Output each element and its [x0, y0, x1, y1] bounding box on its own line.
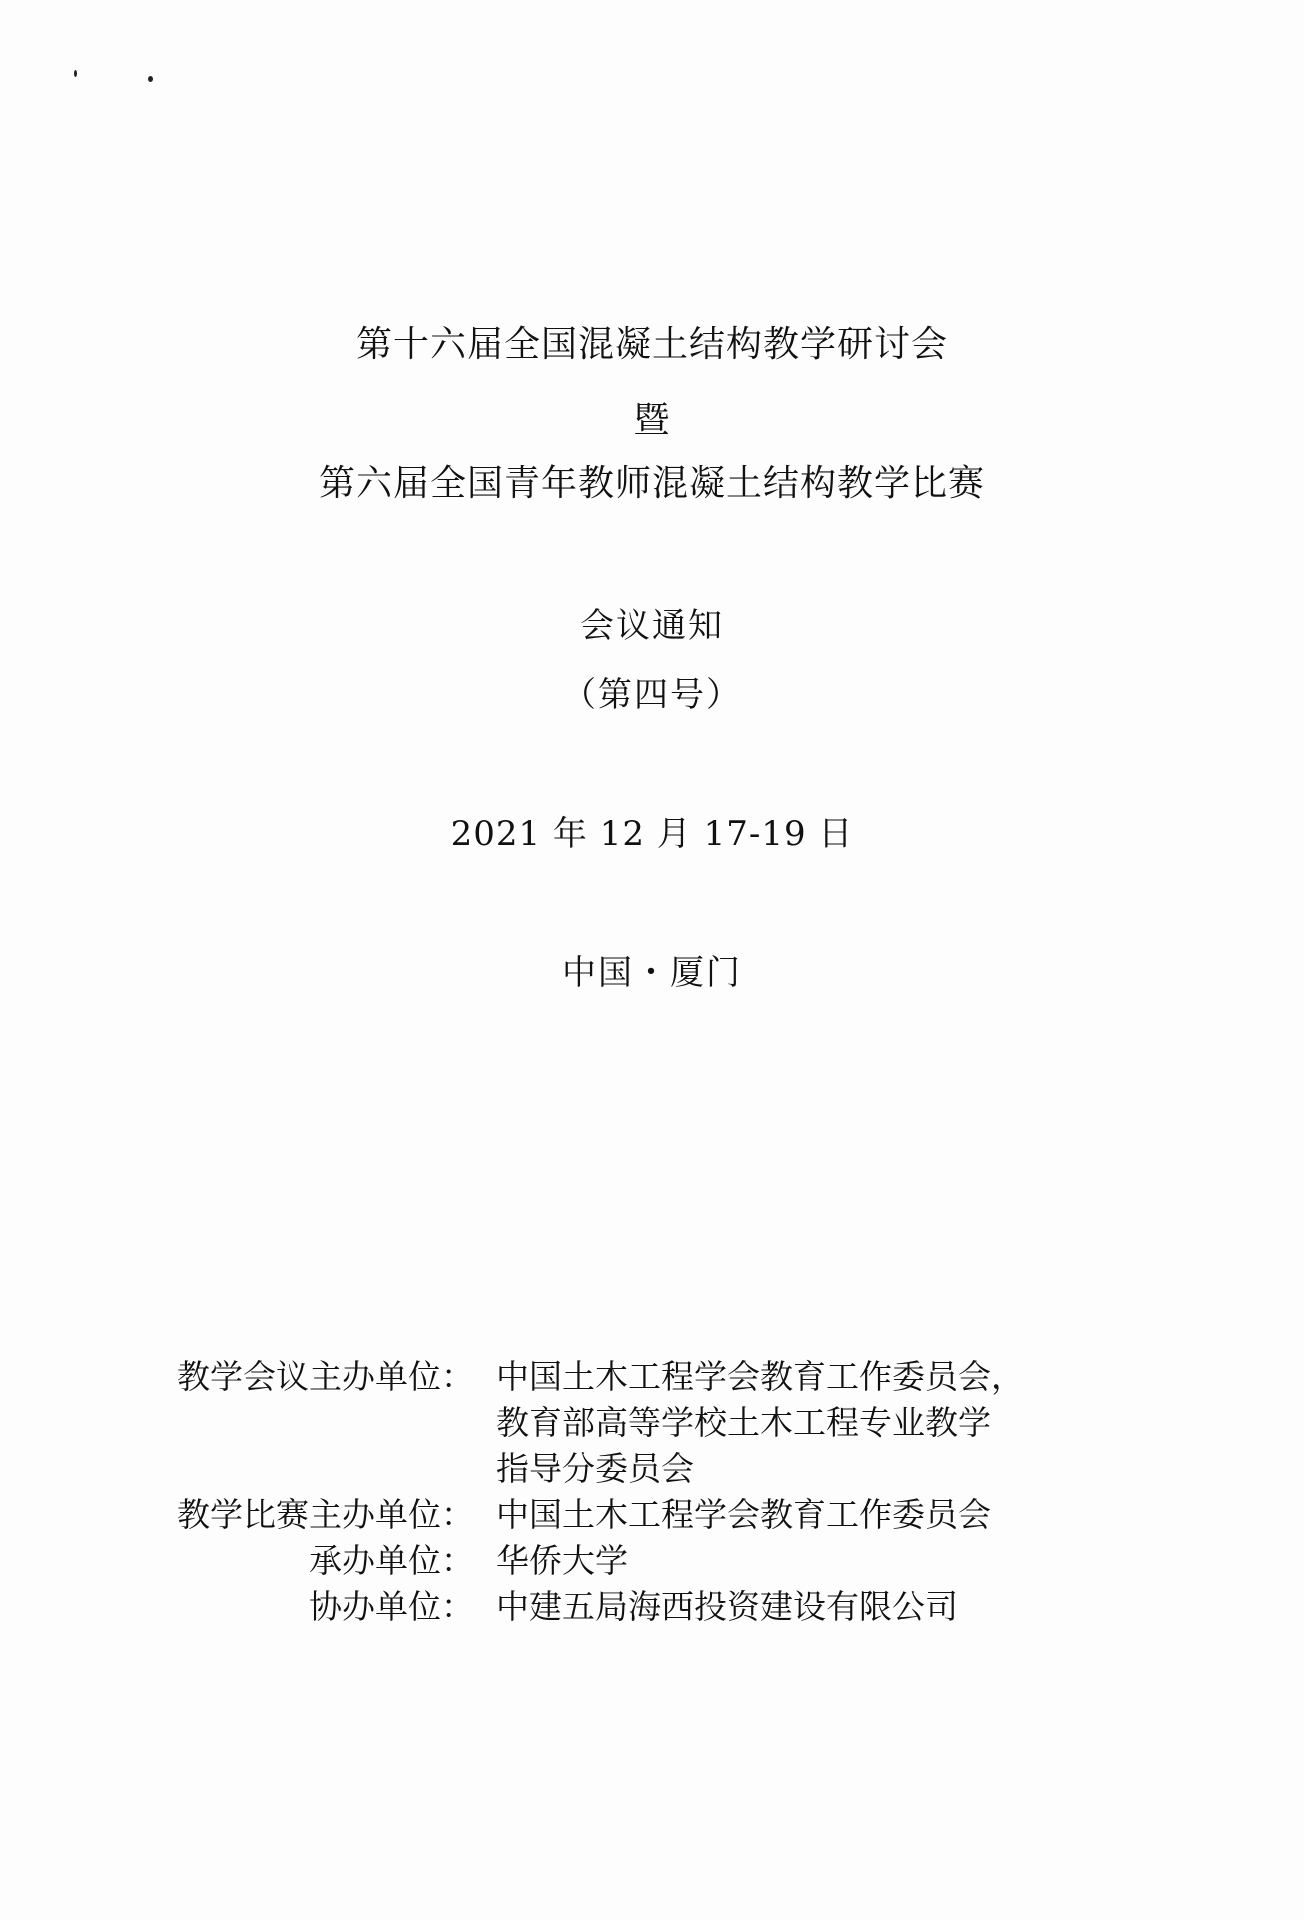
org-value: 指导分委员会 — [496, 1446, 694, 1492]
title-line-1: 第十六届全国混凝土结构教学研讨会 — [0, 316, 1304, 367]
org-value: 中国土木工程学会教育工作委员会 — [496, 1492, 991, 1538]
notice-number: （第四号） — [0, 667, 1304, 716]
org-value: 中建五局海西投资建设有限公司 — [496, 1584, 958, 1630]
title-line-2: 第六届全国青年教师混凝土结构教学比赛 — [0, 455, 1304, 506]
scan-speck — [148, 76, 153, 82]
org-label: 承办单位： — [309, 1538, 474, 1584]
notice-title: 会议通知 — [0, 598, 1304, 647]
org-value: 中国土木工程学会教育工作委员会， — [496, 1354, 1024, 1400]
meeting-date: 2021 年 12 月 17-19 日 — [0, 806, 1304, 855]
org-value: 教育部高等学校土木工程专业教学 — [496, 1400, 991, 1446]
meeting-location: 中国・厦门 — [0, 945, 1304, 994]
org-label: 教学会议主办单位： — [177, 1354, 474, 1400]
scan-speck — [74, 70, 77, 77]
org-value: 华侨大学 — [496, 1538, 628, 1584]
org-label: 教学比赛主办单位： — [177, 1492, 474, 1538]
title-conjunction: 暨 — [0, 392, 1304, 443]
org-label: 协办单位： — [309, 1584, 474, 1630]
